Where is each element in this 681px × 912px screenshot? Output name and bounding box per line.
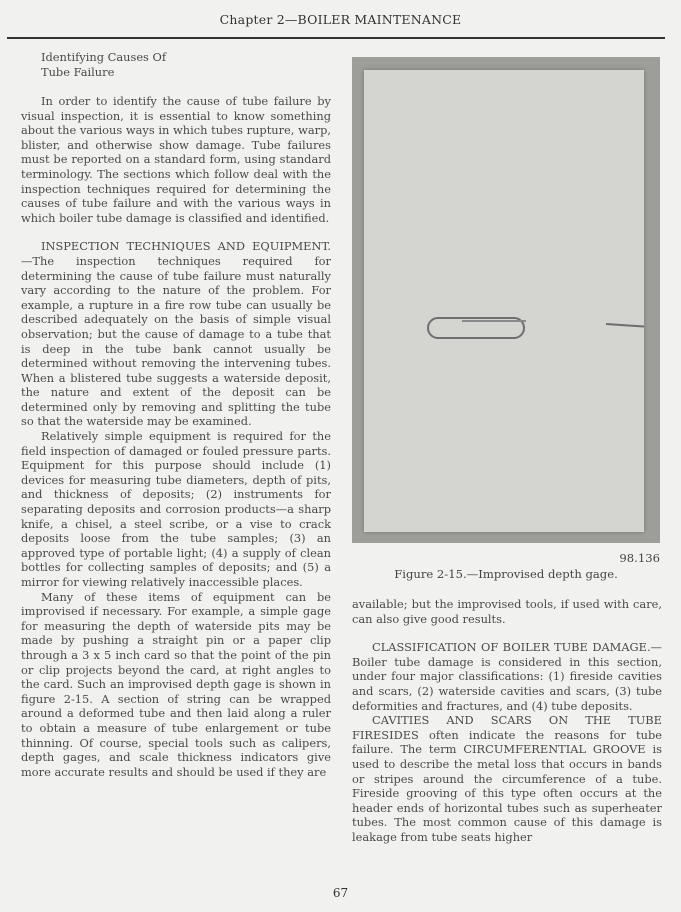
index-card — [364, 70, 644, 532]
right-column: available; but the improvised tools, if … — [352, 597, 662, 845]
page-number: 67 — [0, 886, 681, 900]
section-subheading-line2: Tube Failure — [21, 65, 331, 80]
paragraph-intro: In order to identify the cause of tube f… — [21, 94, 331, 225]
paragraph-continued: available; but the improvised tools, if … — [352, 597, 662, 626]
header-rule — [7, 37, 665, 39]
left-column: Identifying Causes Of Tube Failure In or… — [21, 50, 331, 779]
figure-number-code: 98.136 — [352, 551, 660, 565]
paragraph-equipment: Relatively simple equipment is required … — [21, 429, 331, 590]
figure-caption: Figure 2-15.—Improvised depth gage. — [352, 567, 660, 581]
paragraph-classification: CLASSIFICATION OF BOILER TUBE DAMAGE.—Bo… — [352, 640, 662, 713]
section-subheading-line1: Identifying Causes Of — [21, 50, 331, 65]
paragraph-cavities-scars: CAVITIES AND SCARS ON THE TUBE FIRESIDES… — [352, 713, 662, 844]
figure-photo — [352, 57, 660, 543]
paragraph-improvised: Many of these items of equipment can be … — [21, 590, 331, 780]
paper-clip-and-pin-icon — [364, 70, 644, 532]
paragraph-inspection-techniques: INSPECTION TECHNIQUES AND EQUIPMENT.—The… — [21, 239, 331, 429]
chapter-header: Chapter 2—BOILER MAINTENANCE — [0, 12, 681, 27]
